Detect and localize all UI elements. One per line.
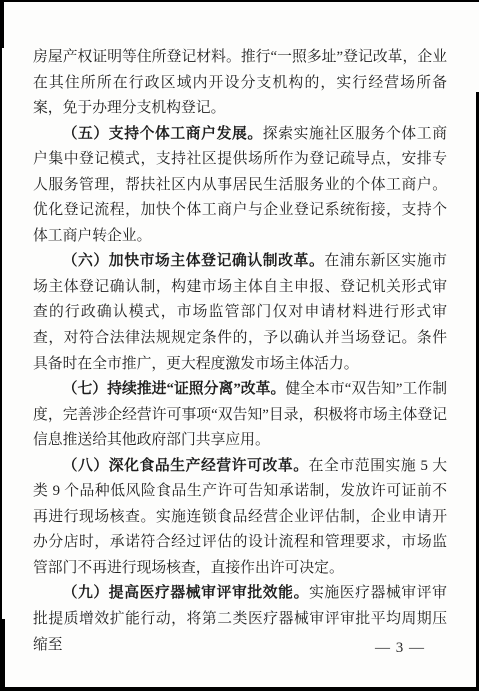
scan-border-left-bottom <box>0 619 5 691</box>
paragraph-text: 在浦东新区实施市场主体登记确认制，构建市场主体自主申报、登记机关形式审查的行政确… <box>33 253 447 371</box>
paragraph-item-5: （五）支持个体工商户发展。探索实施社区服务个体工商户集中登记模式，支持社区提供场… <box>33 122 447 250</box>
paragraph-lead: （八）深化食品生产经营许可改革。 <box>63 458 309 474</box>
paragraph-text: 探索实施社区服务个体工商户集中登记模式，支持社区提供场所作为登记疏导点，安排专人… <box>33 126 447 244</box>
scan-border-left <box>0 0 2 691</box>
paragraph-lead: （七）持续推进“证照分离”改革。 <box>63 381 286 397</box>
scan-border-top <box>0 0 479 2</box>
paragraph-lead: （九）提高医疗器械审评审批效能。 <box>63 585 309 601</box>
page-number: — 3 — <box>375 640 425 657</box>
paragraph-item-8: （八）深化食品生产经营许可改革。在全市范围实施 5 大类 9 个品种低风险食品生… <box>33 454 447 582</box>
paragraph-item-6: （六）加快市场主体登记确认制改革。在浦东新区实施市场主体登记确认制，构建市场主体… <box>33 249 447 377</box>
paragraph-lead: （五）支持个体工商户发展。 <box>63 126 263 142</box>
paragraph-text: 在全市范围实施 5 大类 9 个品种低风险食品生产许可告知承诺制，发放许可证前不… <box>33 458 447 576</box>
body-text: 房屋产权证明等住所登记材料。推行“一照多址”登记改革，企业在其住所所在行政区域内… <box>33 45 447 658</box>
scan-border-bottom <box>0 687 479 691</box>
paragraph-lead: （六）加快市场主体登记确认制改革。 <box>63 253 325 269</box>
scan-border-left-top <box>0 0 4 48</box>
paragraph-item-7: （七）持续推进“证照分离”改革。健全本市“双告知”工作制度，完善涉企经营许可事项… <box>33 377 447 454</box>
paragraph-text: 房屋产权证明等住所登记材料。推行“一照多址”登记改革，企业在其住所所在行政区域内… <box>33 49 447 116</box>
paragraph-continuation: 房屋产权证明等住所登记材料。推行“一照多址”登记改革，企业在其住所所在行政区域内… <box>33 45 447 122</box>
document-page: 房屋产权证明等住所登记材料。推行“一照多址”登记改革，企业在其住所所在行政区域内… <box>0 0 479 691</box>
